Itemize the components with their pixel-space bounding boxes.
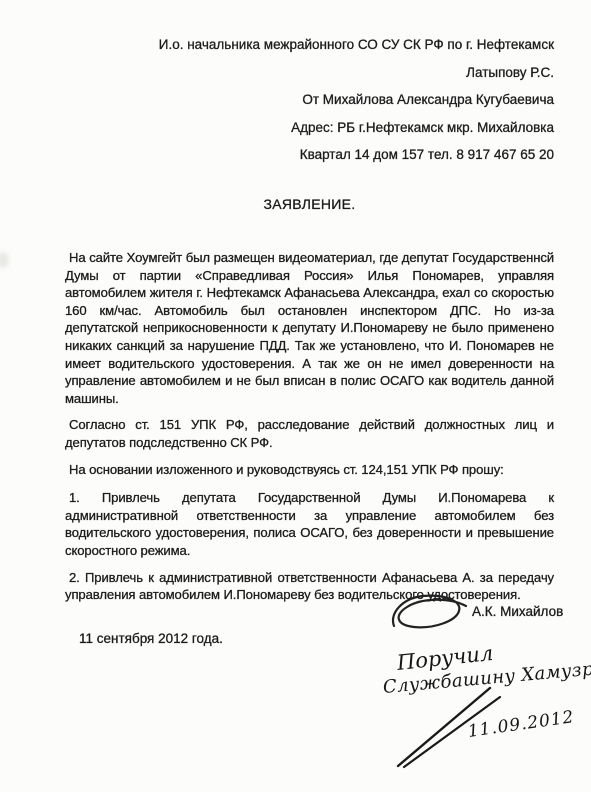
recipient-line-4: Адрес: РБ г.Нефтекамск мкр. Михайловка — [84, 114, 554, 142]
request-item-1: 1. Привлечь депутата Государственной Дум… — [65, 489, 554, 559]
recipient-line-1: И.о. начальника межрайонного СО СУ СК РФ… — [84, 31, 554, 59]
document-title: ЗАЯВЛЕНИЕ. — [65, 196, 554, 212]
signature-scribble-icon — [386, 586, 478, 638]
document-body: На сайте Хоумгейт был размещен видеомате… — [65, 249, 554, 604]
handwritten-note-date: 11.09.2012 — [467, 707, 576, 742]
body-paragraph-jurisdiction: Согласно ст. 151 УПК РФ, расследование д… — [65, 416, 554, 451]
scanned-application-document: И.о. начальника межрайонного СО СУ СК РФ… — [0, 0, 591, 792]
request-item-2: 2. Привлечь к административной ответстве… — [65, 569, 554, 604]
request-intro: На основании изложенного и руководствуяс… — [65, 461, 554, 479]
recipient-block: И.о. начальника межрайонного СО СУ СК РФ… — [84, 31, 554, 169]
body-paragraph-main: На сайте Хоумгейт был размещен видеомате… — [65, 249, 554, 407]
recipient-line-3: От Михайлова Александра Кугубаевича — [84, 86, 554, 114]
recipient-line-5: Квартал 14 дом 157 тел. 8 917 467 65 20 — [84, 141, 554, 169]
scan-artifact — [0, 252, 9, 268]
document-date: 11 сентября 2012 года. — [79, 631, 223, 646]
recipient-line-2: Латыпову Р.С. — [84, 59, 554, 87]
signature-name: А.К. Михайлов — [472, 604, 563, 619]
